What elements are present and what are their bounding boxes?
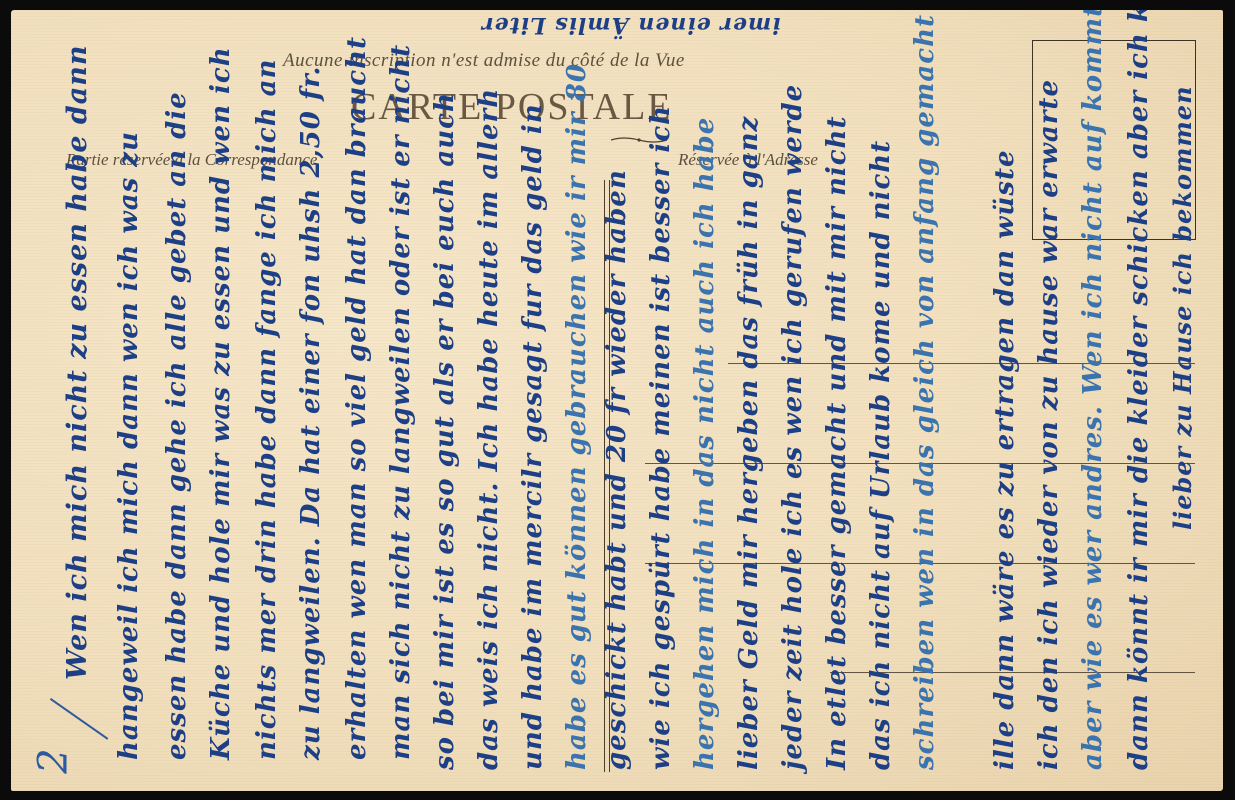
handwriting-line: schreiben wen in das gleich von anfang g… bbox=[910, 14, 940, 770]
handwriting-line: In etlet besser gemacht und mit mir nich… bbox=[822, 116, 852, 770]
handwriting-line: lieber zu Hause ich bekommen bbox=[1168, 85, 1197, 530]
handwriting-line: jeder zeit hole ich es wen ich gerufen w… bbox=[778, 84, 808, 770]
handwriting-line: und habe im mercilr gesagt fur das geld … bbox=[518, 103, 548, 770]
handwriting-line: ille dann wäre es zu ertragen dan wüste bbox=[990, 149, 1020, 770]
postcard-back: Aucune inscription n'est admise du côté … bbox=[11, 10, 1223, 791]
handwriting-line: habe es gut können gebrauchen wie ir mir… bbox=[562, 63, 592, 770]
handwriting-line: geschickt habt und 20 fr wieder haben bbox=[602, 169, 632, 770]
handwriting-line: lieber Geld mir hergeben das früh in gan… bbox=[734, 116, 764, 770]
handwriting-line: essen habe dann gehe ich alle gebet an d… bbox=[162, 91, 192, 760]
handwriting-line: aber wie es wer andres. Wen ich nicht au… bbox=[1078, 10, 1108, 770]
handwriting-line: zu langweilen. Da hat einer fon uhsh 2,5… bbox=[296, 66, 326, 760]
handwriting-line: dann könnt ir mir die kleider schicken a… bbox=[1124, 10, 1154, 770]
handwriting-line: erhalten wen man so viel geld hat dan br… bbox=[342, 36, 372, 760]
handwriting-line: nichts mer drin habe dann fange ich mich… bbox=[252, 59, 282, 760]
handwriting-line: hergehen mich in das nicht auch ich habe bbox=[690, 117, 720, 770]
handwriting-line: Küche und hole mir was zu essen und wen … bbox=[206, 46, 236, 760]
handwriting-line: so bei mir ist es so gut als er bei euch… bbox=[430, 92, 460, 770]
handwriting-line: das ich nicht auf Urlaub kome und nicht bbox=[866, 140, 896, 770]
handwriting-line: man sich nicht zu langweilen oder ist er… bbox=[386, 44, 416, 760]
handwriting-line: Wen ich mich nicht zu essen habe dann bbox=[62, 44, 93, 680]
slash-mark bbox=[50, 698, 108, 740]
handwriting-line: wie ich gespürt habe meinen ist besser i… bbox=[646, 105, 676, 770]
handwriting-top-upside-down: imer einen Ämlis Liter bbox=[481, 12, 781, 38]
handwriting-line: hangeweil ich mich dann wen ich was zu bbox=[114, 131, 144, 760]
handwriting-line: das weis ich nicht. Ich habe heute im al… bbox=[474, 88, 504, 770]
corner-numeral: 2 bbox=[31, 748, 77, 773]
handwriting-line: ich den ich wieder von zu hause war erwa… bbox=[1034, 79, 1064, 770]
